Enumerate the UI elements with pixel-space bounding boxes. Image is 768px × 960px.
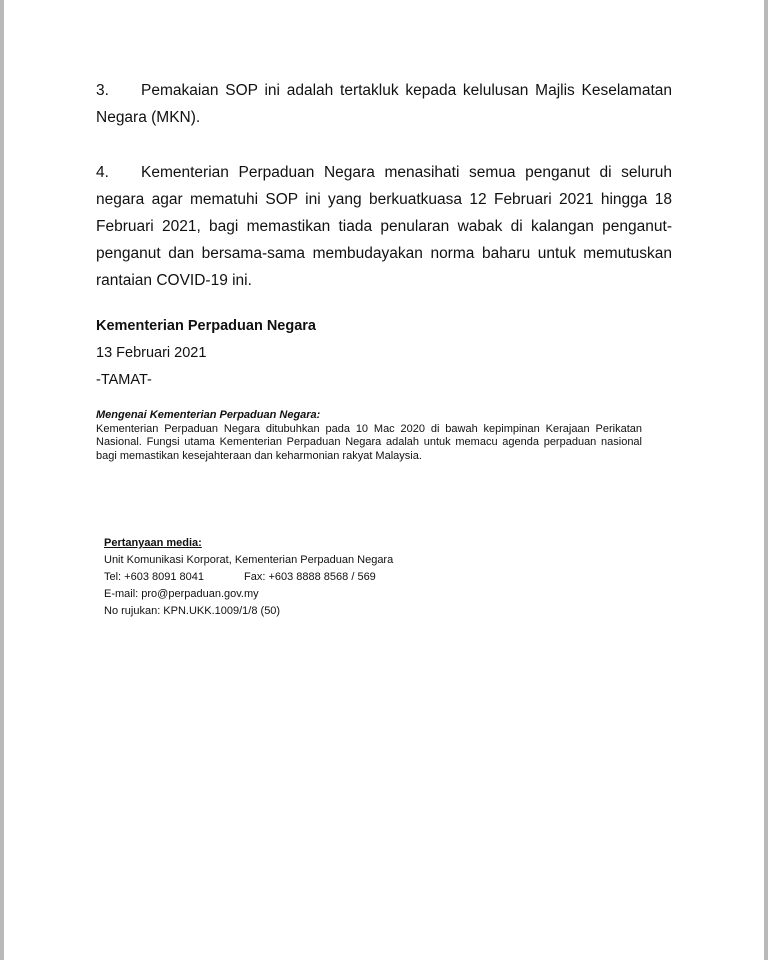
about-title: Mengenai Kementerian Perpaduan Negara: (96, 409, 642, 423)
document-page: 3.Pemakaian SOP ini adalah tertakluk kep… (0, 0, 768, 960)
signature-organization: Kementerian Perpaduan Negara (96, 318, 316, 334)
signature-date: 13 Februari 2021 (96, 345, 206, 361)
media-contact-phone-line: Tel: +603 8091 8041Fax: +603 8888 8568 /… (104, 569, 393, 586)
paragraph-text: Pemakaian SOP ini adalah tertakluk kepad… (96, 82, 672, 126)
paragraph-number: 3. (96, 77, 141, 104)
paragraph-number: 4. (96, 159, 141, 186)
paragraph-3: 3.Pemakaian SOP ini adalah tertakluk kep… (96, 77, 672, 131)
end-marker: -TAMAT- (96, 372, 152, 388)
media-contact-title: Pertanyaan media: (104, 535, 393, 552)
paragraph-4: 4.Kementerian Perpaduan Negara menasihat… (96, 159, 672, 294)
media-contact-section: Pertanyaan media: Unit Komunikasi Korpor… (104, 535, 393, 620)
media-contact-fax: Fax: +603 8888 8568 / 569 (244, 571, 376, 583)
media-contact-tel: Tel: +603 8091 8041 (104, 569, 244, 586)
media-contact-reference: No rujukan: KPN.UKK.1009/1/8 (50) (104, 603, 393, 620)
about-section: Mengenai Kementerian Perpaduan Negara: K… (96, 409, 642, 463)
media-contact-unit: Unit Komunikasi Korporat, Kementerian Pe… (104, 552, 393, 569)
paragraph-text: Kementerian Perpaduan Negara menasihati … (96, 164, 672, 289)
media-contact-email: E-mail: pro@perpaduan.gov.my (104, 586, 393, 603)
about-body: Kementerian Perpaduan Negara ditubuhkan … (96, 423, 642, 462)
